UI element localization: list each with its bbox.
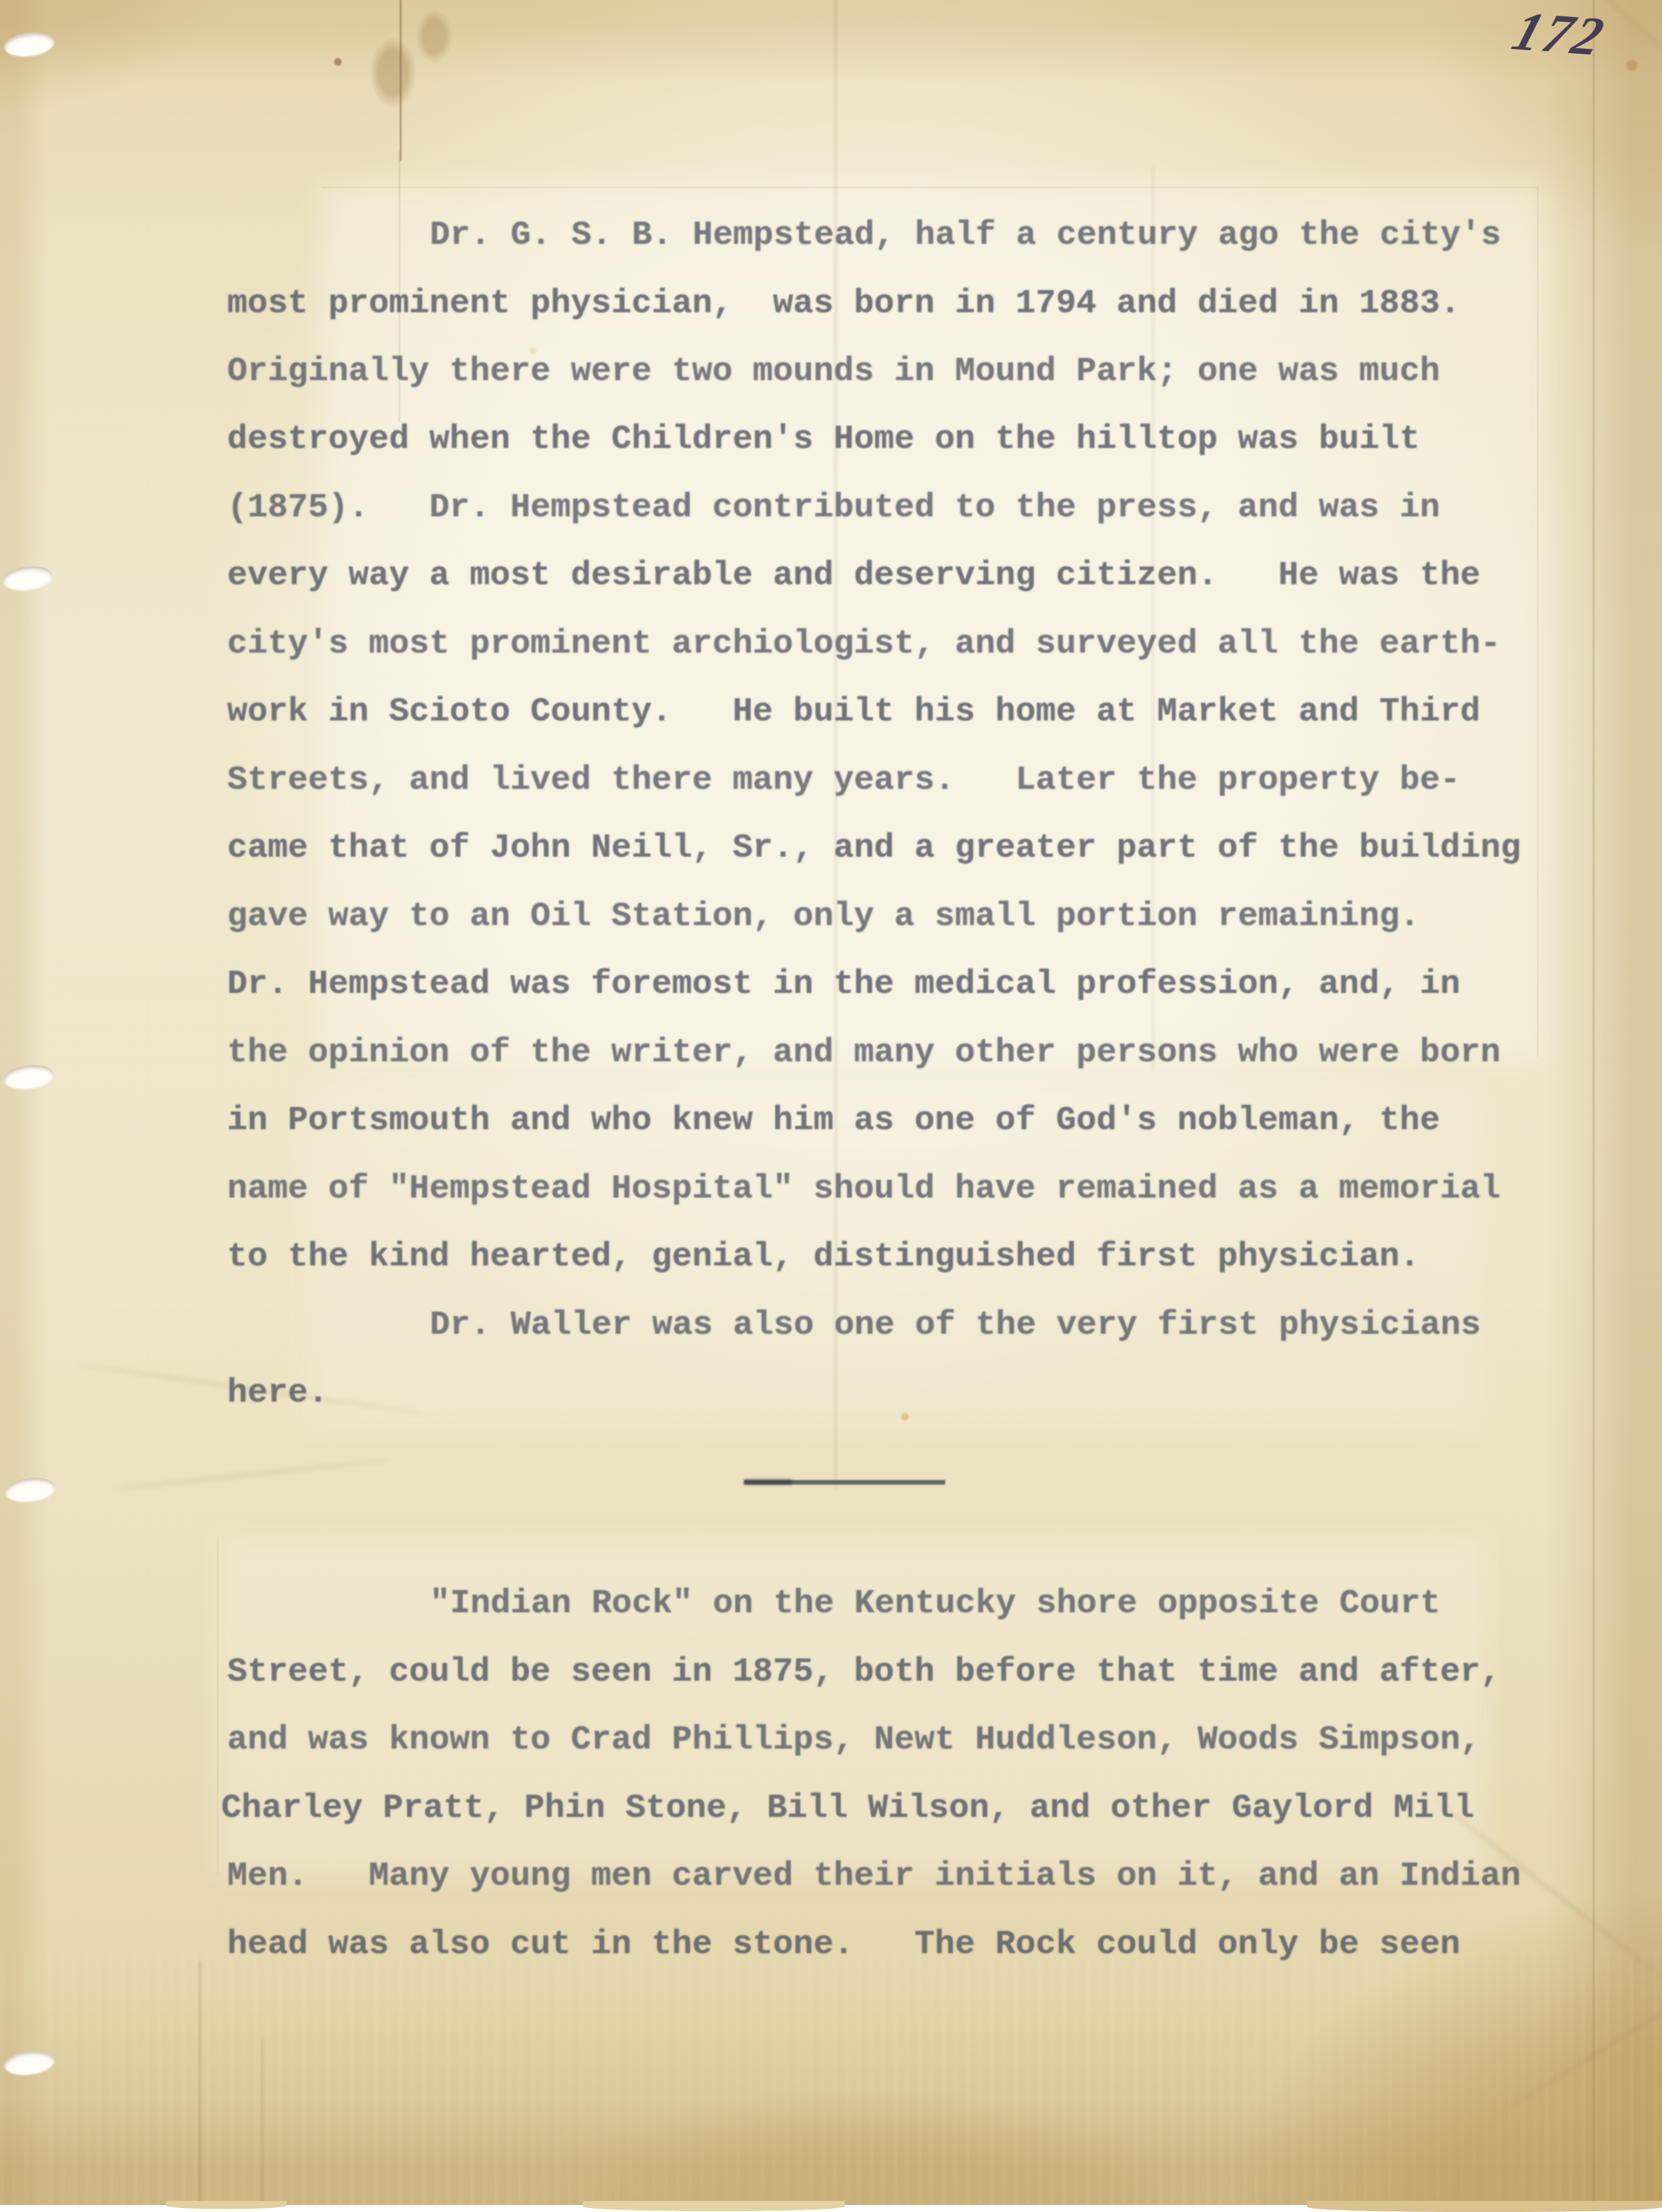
- typed-line: most prominent physician, was born in 17…: [227, 280, 1460, 327]
- typed-line: Originally there were two mounds in Moun…: [227, 348, 1440, 395]
- page-edge-crease: [1593, 0, 1595, 2205]
- paper-texture-streaks: [0, 1951, 1662, 2205]
- punch-hole: [2, 564, 54, 593]
- manuscript-page: 172 Dr. G. S. B. Hempstead, half a centu…: [0, 0, 1662, 2205]
- typed-line: "Indian Rock" on the Kentucky shore oppo…: [430, 1580, 1440, 1627]
- typed-line: in Portsmouth and who knew him as one of…: [227, 1097, 1440, 1144]
- typed-line: work in Scioto County. He built his home…: [227, 688, 1481, 735]
- torn-bottom-edge: [583, 2201, 845, 2211]
- pasted-sheet-edge: [217, 1537, 218, 1875]
- pasted-sheet-edge: [322, 187, 1538, 188]
- typed-line: gave way to an Oil Station, only a small…: [227, 893, 1420, 940]
- typed-line: destroyed when the Children's Home on th…: [227, 416, 1420, 463]
- fold-crease: [400, 0, 402, 161]
- handwritten-page-number: 172: [1505, 0, 1614, 68]
- punch-hole: [3, 30, 56, 59]
- torn-bottom-edge: [1307, 2201, 1662, 2212]
- typed-line: head was also cut in the stone. The Rock…: [227, 1921, 1460, 1968]
- typed-line: (1875). Dr. Hempstead contributed to the…: [227, 484, 1440, 531]
- wrinkle: [111, 1458, 392, 1491]
- typed-line: and was known to Crad Phillips, Newt Hud…: [227, 1716, 1481, 1764]
- punch-hole: [4, 1475, 57, 1504]
- typed-line: every way a most desirable and deserving…: [227, 552, 1481, 599]
- typed-line: Charley Pratt, Phin Stone, Bill Wilson, …: [221, 1785, 1474, 1832]
- scanned-document: 172 Dr. G. S. B. Hempstead, half a centu…: [0, 0, 1662, 2212]
- typed-line: name of "Hempstead Hospital" should have…: [227, 1165, 1501, 1213]
- typed-line: Men. Many young men carved their initial…: [227, 1853, 1521, 1900]
- typed-line: the opinion of the writer, and many othe…: [227, 1029, 1501, 1076]
- section-divider: [744, 1480, 945, 1485]
- torn-bottom-edge: [166, 2201, 287, 2209]
- typed-line: Dr. Waller was also one of the very firs…: [430, 1302, 1481, 1349]
- pasted-sheet-edge: [1537, 187, 1538, 1057]
- typed-line: Dr. G. S. B. Hempstead, half a century a…: [430, 212, 1501, 259]
- typed-line: came that of John Neill, Sr., and a grea…: [227, 824, 1521, 872]
- typed-line: city's most prominent archiologist, and …: [227, 620, 1501, 668]
- typed-line: Street, could be seen in 1875, both befo…: [227, 1648, 1501, 1696]
- punch-hole: [3, 1062, 55, 1091]
- typed-line: here.: [227, 1369, 328, 1417]
- typed-line: to the kind hearted, genial, distinguish…: [227, 1233, 1420, 1280]
- typed-line: Dr. Hempstead was foremost in the medica…: [227, 961, 1460, 1008]
- typed-line: Streets, and lived there many years. Lat…: [227, 757, 1460, 804]
